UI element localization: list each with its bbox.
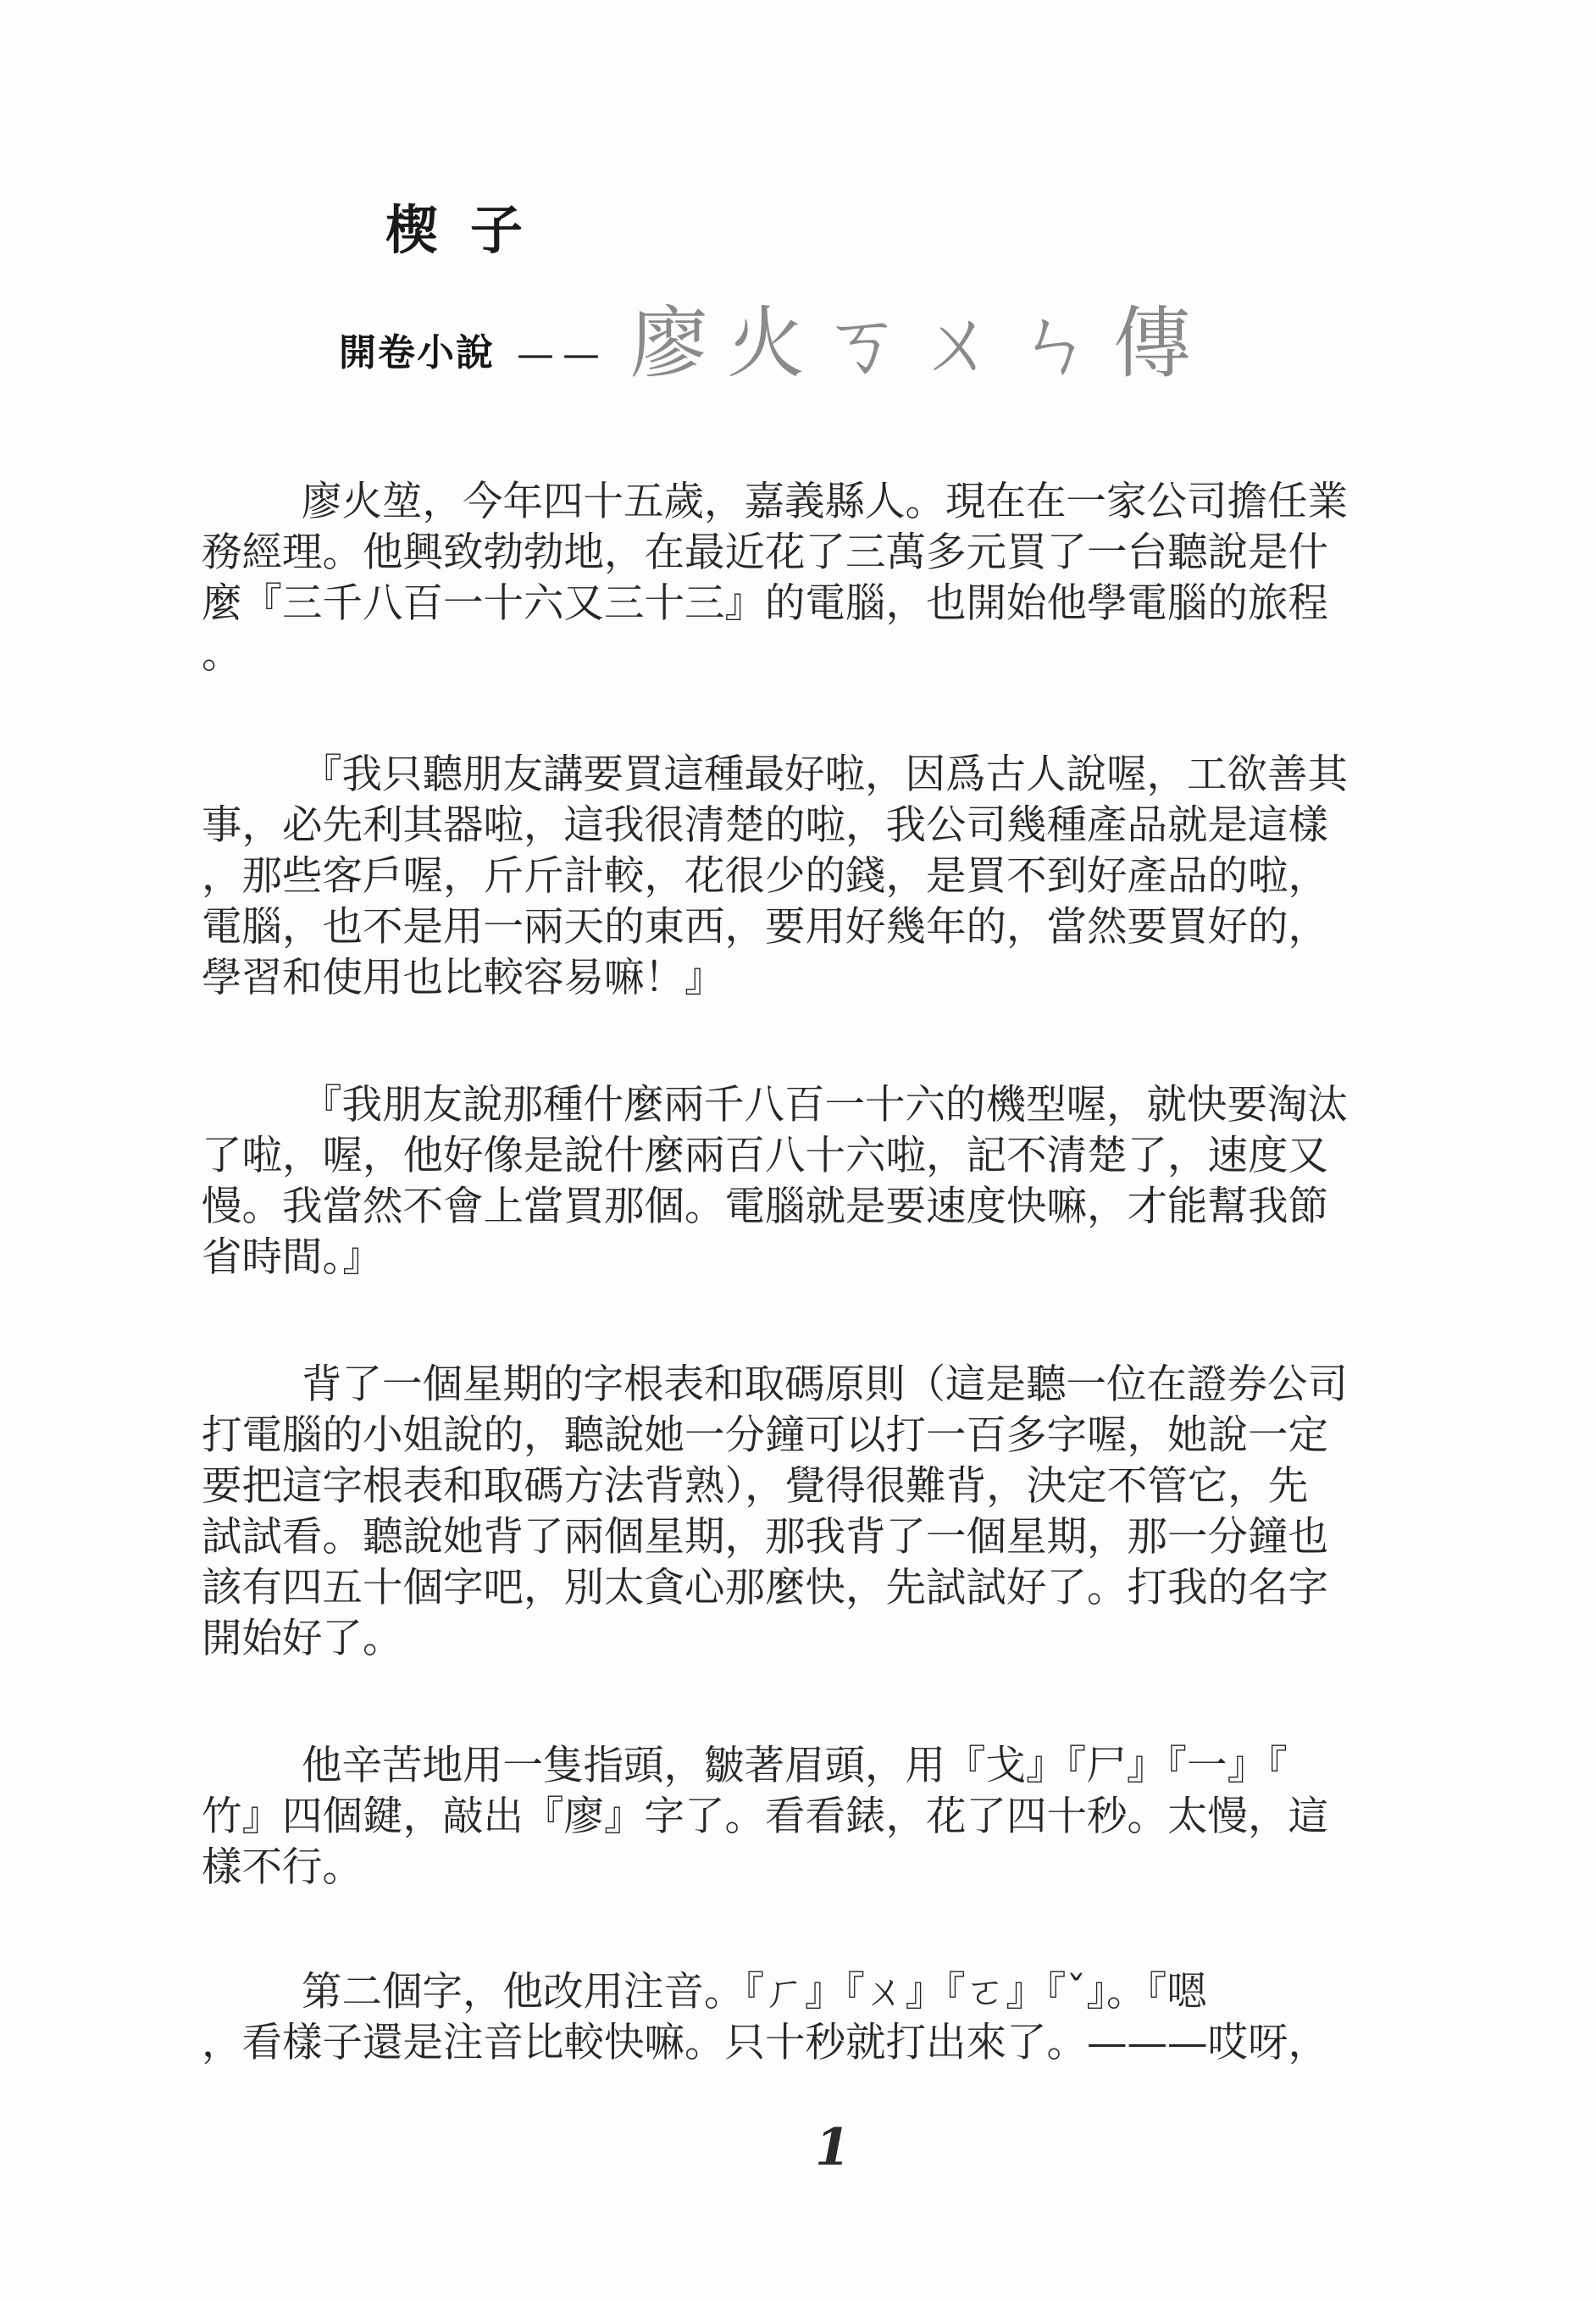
- text-line: 他辛苦地用一隻指頭，皺著眉頭，用『戈』『尸』『一』『: [202, 1741, 1438, 1792]
- text-line: 『我只聽朋友講要買這種最好啦，因爲古人說喔，工欲善其: [202, 750, 1438, 801]
- text-line: 『我朋友說那種什麼兩千八百一十六的機型喔，就快要淘汰: [202, 1080, 1438, 1131]
- text-line: 事，必先利其器啦，這我很清楚的啦，我公司幾種產品就是這樣: [202, 801, 1438, 851]
- paragraph-5: 他辛苦地用一隻指頭，皺著眉頭，用『戈』『尸』『一』『 竹』四個鍵，敲出『廖』字了…: [202, 1741, 1438, 1893]
- text-line: 了啦，喔，他好像是說什麼兩百八十六啦，記不清楚了，速度又: [202, 1131, 1438, 1182]
- paragraph-1: 廖火堃，今年四十五歲，嘉義縣人。現在在一家公司擔任業 務經理。他興致勃勃地，在最…: [202, 477, 1438, 680]
- chapter-title: 楔子: [385, 188, 555, 263]
- subtitle-main-title: 廖火ㄎㄨㄣ傳: [630, 305, 1210, 383]
- text-line: 樣不行。: [202, 1843, 1438, 1893]
- text-line: 背了一個星期的字根表和取碼原則（這是聽一位在證券公司: [202, 1360, 1438, 1411]
- subtitle-dash: ——: [517, 333, 608, 376]
- text-line: 要把這字根表和取碼方法背熟），覺得很難背，決定不管它，先: [202, 1461, 1438, 1512]
- subtitle: 開卷小說 —— 廖火ㄎㄨㄣ傳: [339, 305, 1210, 383]
- text-line: 麼『三千八百一十六又三十三』的電腦，也開始他學電腦的旅程: [202, 579, 1438, 629]
- text-line: 慢。我當然不會上當買那個。電腦就是要速度快嘛，才能幫我節: [202, 1182, 1438, 1233]
- paragraph-4: 背了一個星期的字根表和取碼原則（這是聽一位在證券公司 打電腦的小姐說的，聽說她一…: [202, 1360, 1438, 1665]
- text-line: 第二個字，他改用注音。『ㄏ』『ㄨ』『ㄛ』『ˇ』。『嗯: [202, 1967, 1438, 2018]
- subtitle-label: 開卷小說: [339, 322, 495, 376]
- paragraph-6: 第二個字，他改用注音。『ㄏ』『ㄨ』『ㄛ』『ˇ』。『嗯 ，看樣子還是注音比較快嘛。…: [202, 1967, 1438, 2069]
- text-line: 試試看。聽說她背了兩個星期，那我背了一個星期，那一分鐘也: [202, 1512, 1438, 1563]
- text-line: 廖火堃，今年四十五歲，嘉義縣人。現在在一家公司擔任業: [202, 477, 1438, 528]
- text-line: 電腦，也不是用一兩天的東西，要用好幾年的，當然要買好的，: [202, 902, 1438, 953]
- text-line: 。: [202, 629, 1438, 680]
- text-line: ，那些客戶喔，斤斤計較，花很少的錢，是買不到好產品的啦，: [202, 851, 1438, 902]
- page-number: 1: [815, 2118, 851, 2177]
- paragraph-3: 『我朋友說那種什麼兩千八百一十六的機型喔，就快要淘汰 了啦，喔，他好像是說什麼兩…: [202, 1080, 1438, 1284]
- text-line: 開始好了。: [202, 1614, 1438, 1665]
- text-line: 省時間。』: [202, 1233, 1438, 1284]
- book-page: 楔子 開卷小說 —— 廖火ㄎㄨㄣ傳 廖火堃，今年四十五歲，嘉義縣人。現在在一家公…: [0, 0, 1596, 2301]
- text-line: 務經理。他興致勃勃地，在最近花了三萬多元買了一台聽說是什: [202, 528, 1438, 579]
- text-line: 學習和使用也比較容易嘛！』: [202, 953, 1438, 1004]
- text-line: 竹』四個鍵，敲出『廖』字了。看看錶，花了四十秒。太慢，這: [202, 1792, 1438, 1843]
- paragraph-2: 『我只聽朋友講要買這種最好啦，因爲古人說喔，工欲善其 事，必先利其器啦，這我很清…: [202, 750, 1438, 1004]
- text-line: 打電腦的小姐說的，聽說她一分鐘可以打一百多字喔，她說一定: [202, 1411, 1438, 1461]
- text-line: 該有四五十個字吧，別太貪心那麼快，先試試好了。打我的名字: [202, 1563, 1438, 1614]
- text-line: ，看樣子還是注音比較快嘛。只十秒就打出來了。———哎呀，: [202, 2018, 1438, 2069]
